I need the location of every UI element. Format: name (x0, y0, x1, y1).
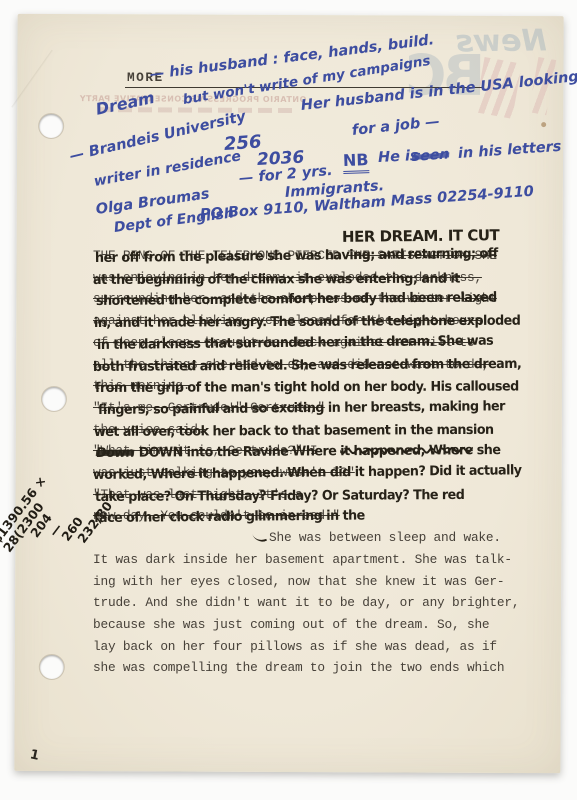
marker-heading: HER DREAM. IT CUT (342, 226, 499, 246)
punch-hole (42, 387, 66, 411)
edit-row: the voice said.wet all over, took her ba… (93, 418, 553, 440)
edit-row: of deep sleep, brought her back against … (93, 331, 553, 353)
hand-struck-segment: it happened, Where (340, 444, 473, 460)
scanned-page: News BC ONTARIO PROGRESSIVE CONSERVATIVE… (0, 0, 577, 800)
edit-row: "It's me, Gertrude!" Gertrude,"fingers, … (93, 396, 553, 418)
handwritten-edit-line: at the beginning of the climax she was e… (93, 271, 460, 287)
bleedthrough-news-logo: News (455, 23, 546, 59)
insertion-mark (251, 527, 267, 545)
hand-segment: she (473, 443, 501, 458)
handwritten-edit-line: her off from the pleasure she was having… (95, 247, 498, 266)
edit-row: surrounding her, and the sharpness of th… (93, 287, 553, 309)
paragraph-line: ing with her eyes closed, now that she k… (93, 574, 504, 589)
handwritten-edit-line: both frustrated and relieved. She was re… (93, 356, 521, 374)
edit-row: against her blinking eyes closed for the… (93, 309, 553, 331)
edit-row: "What time it is, Gertrude?" IDownDOWN i… (93, 439, 553, 461)
handwritten-note: seen (411, 146, 449, 165)
punch-hole (39, 114, 63, 138)
paragraph-row: because she was just coming out of the d… (93, 613, 553, 635)
typed-line: She was between sleep and wake. (269, 530, 501, 545)
edit-row: this morning.from the grip of the man's … (93, 374, 553, 396)
scribbled-word: Down (95, 446, 134, 461)
hand-segment: DOWN into the Ravine Where (139, 445, 341, 461)
paragraph-line: It was dark inside her basement apartmen… (93, 552, 512, 567)
handwritten-edit-line: in, and it made her angry. The sound of … (94, 314, 520, 331)
edit-row: was enjoying in her dream; it exploded t… (93, 266, 553, 288)
handwritten-edit-line: DownDOWN into the Ravine Where it happen… (96, 443, 501, 461)
handwritten-edit-line: from the grip of the man's tight hold on… (95, 380, 519, 397)
kept-typed-line: She was between sleep and wake. (93, 526, 553, 548)
paragraph-line: trude. And she didn't want it to be day,… (93, 595, 519, 610)
edit-row: "That was last night. It's atake place? … (93, 483, 553, 505)
handwritten-edit-line: fingers, so painful and so exciting in h… (98, 399, 505, 418)
edit-row: was just talking to you, wasn't I?"worke… (93, 461, 553, 483)
paragraph-row: she was compelling the dream to join the… (93, 656, 553, 678)
edit-row: THE RING OF THE TELEPHONE PIERCED THE SA… (93, 244, 553, 266)
handwritten-edit-line: shortened the complete comfort her body … (96, 291, 497, 310)
handwritten-edit-line: take place? On Thursday? Friday? Or Satu… (95, 488, 464, 505)
handwritten-note: NB (343, 150, 369, 174)
handwritten-edit-line: wet all over, took her back to that base… (94, 422, 494, 439)
paragraph-row: It was dark inside her basement apartmen… (93, 548, 553, 570)
paragraph-row: trude. And she didn't want it to be day,… (93, 591, 553, 613)
paragraph-row: ing with her eyes closed, now that she k… (93, 570, 553, 592)
paragraph-line: lay back on her four pillows as if she w… (93, 639, 497, 654)
paragraph-line: she was compelling the dream to join the… (93, 660, 504, 675)
punch-hole (40, 655, 64, 679)
paragraph-line: because she was just coming out of the d… (93, 617, 489, 632)
edit-row: new day. You couldn't be in bed."face of… (93, 504, 553, 526)
stain-speck (541, 122, 546, 127)
corner-crease (11, 50, 53, 108)
handwritten-edit-line: face of her clock radio glimmering in th… (94, 509, 365, 526)
edit-row: all the things she had to do, and did no… (93, 353, 553, 375)
paragraph-row: lay back on her four pillows as if she w… (93, 635, 553, 657)
